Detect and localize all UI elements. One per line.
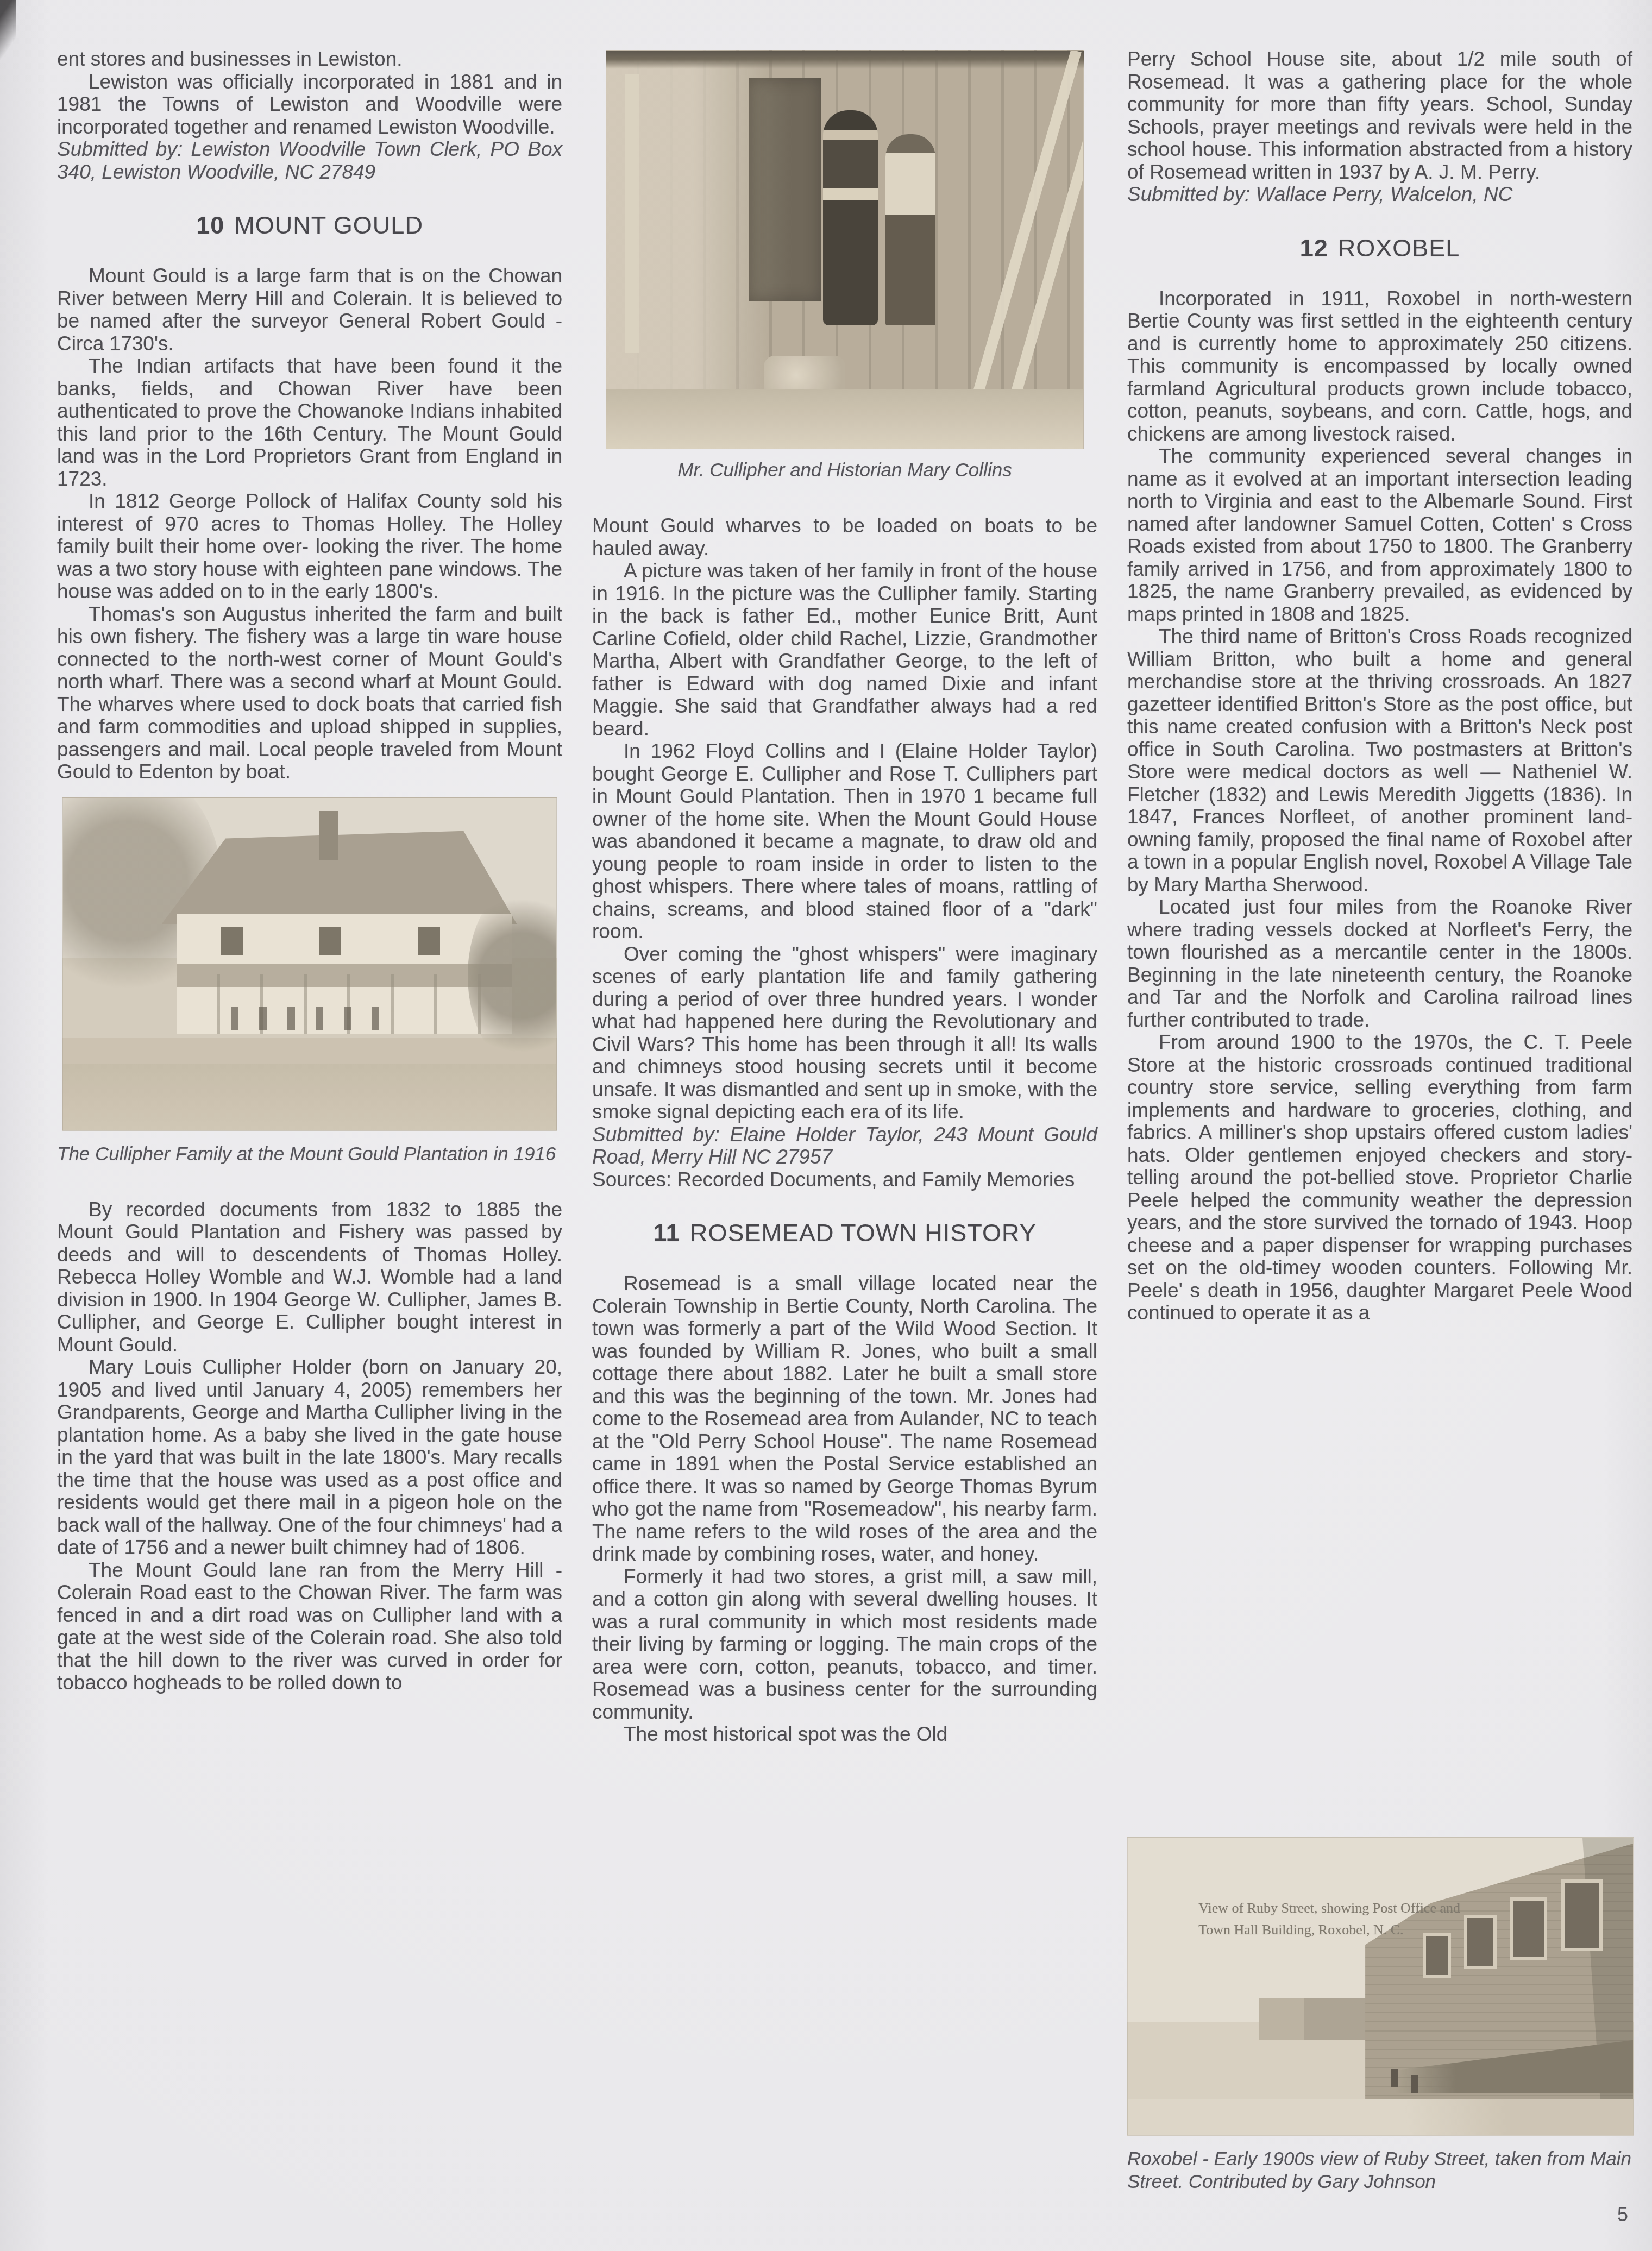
column-middle: Mr. Cullipher and Historian Mary Collins… [592, 48, 1097, 2226]
window-shape [1561, 1879, 1603, 1951]
section-title: MOUNT GOULD [234, 211, 423, 239]
ruby-street-photo-figure: View of Ruby Street, showing Post Office… [1127, 1837, 1632, 2193]
section-heading-mount-gould: 10MOUNT GOULD [57, 211, 562, 240]
paragraph: Mount Gould wharves to be loaded on boat… [592, 514, 1097, 559]
column-right: Perry School House site, about 1/2 mile … [1127, 48, 1632, 2226]
section-heading-rosemead: 11ROSEMEAD TOWN HISTORY [592, 1219, 1097, 1247]
section-number: 12 [1300, 234, 1328, 262]
post-shape [625, 74, 639, 353]
paragraph: Incorporated in 1911, Roxobel in north-w… [1127, 287, 1632, 445]
photo-caption: Roxobel - Early 1900s view of Ruby Stree… [1127, 2148, 1632, 2193]
paragraph: Lewiston was officially incorporated in … [57, 71, 562, 139]
columns-container: ent stores and businesses in Lewiston. L… [57, 48, 1632, 2251]
paragraph: The Indian artifacts that have been foun… [57, 355, 562, 490]
chimney-shape [319, 811, 338, 860]
section-heading-roxobel: 12ROXOBEL [1127, 234, 1632, 262]
photo-caption: The Cullipher Family at the Mount Gould … [57, 1143, 562, 1166]
section-number: 10 [196, 211, 224, 239]
paragraph: Thomas's son Augustus inherited the farm… [57, 603, 562, 783]
paragraph: Mount Gould is a large farm that is on t… [57, 265, 562, 355]
paragraph: Over coming the "ghost whispers" were im… [592, 943, 1097, 1123]
paragraph: Mary Louis Cullipher Holder (born on Jan… [57, 1356, 562, 1559]
column-left: ent stores and businesses in Lewiston. L… [57, 48, 562, 2226]
paragraph: The community experienced several change… [1127, 445, 1632, 625]
pedestrian-shape [1411, 2075, 1418, 2093]
paragraph: Rosemead is a small village located near… [592, 1272, 1097, 1565]
paragraph: The Mount Gould lane ran from the Merry … [57, 1559, 562, 1694]
window-shape [319, 927, 341, 955]
section-title: ROSEMEAD TOWN HISTORY [690, 1219, 1037, 1247]
pedestrian-shape [1391, 2069, 1398, 2087]
man-figure-shape [823, 110, 878, 325]
section-title: ROXOBEL [1338, 234, 1460, 262]
paragraph: By recorded documents from 1832 to 1885 … [57, 1198, 562, 1356]
window-shape [418, 927, 440, 955]
cullipher-collins-photo [606, 50, 1084, 449]
paragraph: A picture was taken of her family in fro… [592, 559, 1097, 740]
paragraph: Perry School House site, about 1/2 mile … [1127, 48, 1632, 183]
street-shape [1128, 2099, 1633, 2135]
photo-caption: Mr. Cullipher and Historian Mary Collins [592, 459, 1097, 482]
cullipher-family-photo [62, 797, 557, 1131]
window-shape [221, 927, 243, 955]
photo-inner-caption: View of Ruby Street, showing Post Office… [1198, 1897, 1481, 1941]
paragraph: In 1812 George Pollock of Halifax County… [57, 490, 562, 603]
paragraph: ent stores and businesses in Lewiston. [57, 48, 562, 71]
paragraph: In 1962 Floyd Collins and I (Elaine Hold… [592, 740, 1097, 943]
section-number: 11 [653, 1219, 680, 1247]
woman-figure-shape [885, 134, 935, 325]
paragraph: Located just four miles from the Roanoke… [1127, 896, 1632, 1031]
paragraph: From around 1900 to the 1970s, the C. T.… [1127, 1031, 1632, 1324]
ruby-street-photo: View of Ruby Street, showing Post Office… [1127, 1837, 1634, 2136]
window-shape [1510, 1897, 1547, 1960]
cullipher-collins-photo-figure: Mr. Cullipher and Historian Mary Collins [592, 48, 1097, 482]
cullipher-family-photo-figure: The Cullipher Family at the Mount Gould … [57, 783, 562, 1166]
submitted-by-line: Submitted by: Lewiston Woodville Town Cl… [57, 138, 562, 183]
ground-shape [606, 389, 1083, 449]
lawn-shape [63, 1064, 556, 1130]
scan-artifact-corner [0, 0, 16, 71]
paragraph: The third name of Britton's Cross Roads … [1127, 625, 1632, 896]
family-group-shape [231, 1007, 379, 1030]
document-page: ent stores and businesses in Lewiston. L… [0, 0, 1652, 2251]
doorway-shape [749, 78, 821, 301]
page-number: 5 [1127, 2203, 1632, 2226]
paragraph: The most historical spot was the Old [592, 1723, 1097, 1746]
submitted-by-line: Submitted by: Elaine Holder Taylor, 243 … [592, 1123, 1097, 1168]
submitted-by-line: Submitted by: Wallace Perry, Walcelon, N… [1127, 183, 1632, 206]
sources-line: Sources: Recorded Documents, and Family … [592, 1168, 1097, 1191]
distant-buildings-shape [1259, 1998, 1371, 2040]
paragraph: Formerly it had two stores, a grist mill… [592, 1565, 1097, 1724]
